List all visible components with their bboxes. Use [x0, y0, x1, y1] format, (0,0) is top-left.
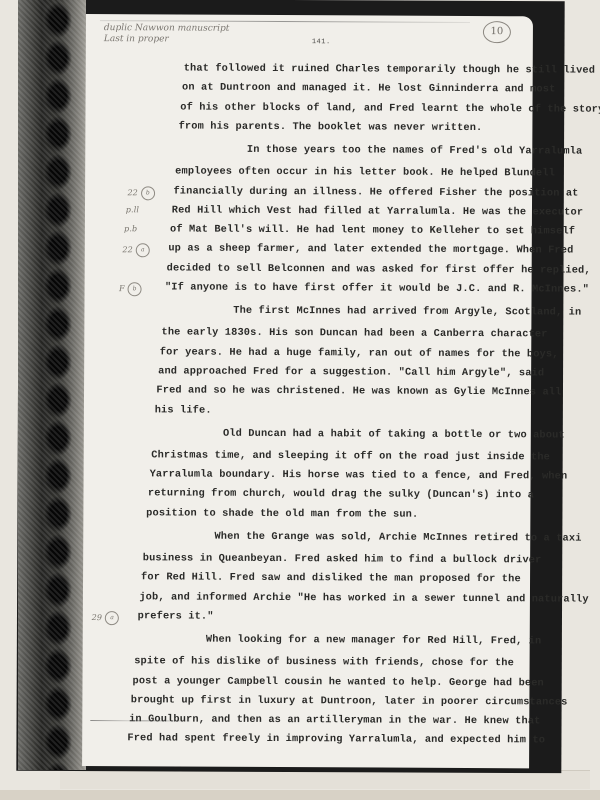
margin-annotation: Fb: [119, 282, 142, 296]
handwritten-line-2: Last in proper: [104, 34, 274, 46]
text-line: When looking for a new manager for Red H…: [206, 630, 542, 652]
margin-annotation: p.ll: [126, 205, 139, 214]
margin-annotation: 22b: [127, 186, 155, 200]
handwritten-line-1: duplic Nawwon manuscript: [104, 23, 274, 35]
binding-shadow: [18, 0, 86, 770]
text-line: Old Duncan had a habit of taking a bottl…: [223, 424, 565, 446]
circled-mark-icon: a: [136, 244, 150, 258]
text-line: The first McInnes had arrived from Argyl…: [233, 301, 581, 323]
circled-mark-icon: a: [105, 611, 119, 625]
text-line: prefers it.": [138, 606, 214, 626]
text-line: position to shade the old man from the s…: [146, 503, 418, 524]
body-text: that followed it ruined Charles temporar…: [86, 58, 533, 60]
margin-annotation: 22a: [122, 244, 150, 258]
handwritten-header: duplic Nawwon manuscript Last in proper: [104, 23, 274, 46]
margin-annotation: 29a: [92, 611, 120, 625]
text-line: When the Grange was sold, Archie McInnes…: [214, 527, 581, 549]
text-line: Fred had spent freely in improving Yarra…: [127, 729, 545, 751]
circled-mark-icon: b: [128, 282, 142, 296]
circled-mark-icon: b: [141, 186, 155, 200]
text-line: "If anyone is to have first offer it wou…: [165, 277, 589, 299]
text-line: his life.: [155, 400, 212, 420]
text-line: In those years too the names of Fred's o…: [247, 140, 583, 162]
typescript-page: duplic Nawwon manuscript Last in proper …: [82, 14, 533, 768]
typed-page-number: 141.: [312, 38, 331, 46]
folio-number: 10: [483, 21, 511, 43]
text-line: Fred and so he was christened. He was kn…: [156, 381, 561, 403]
margin-annotation: p.b: [124, 224, 137, 233]
text-line: from his parents. The booklet was never …: [179, 116, 483, 138]
